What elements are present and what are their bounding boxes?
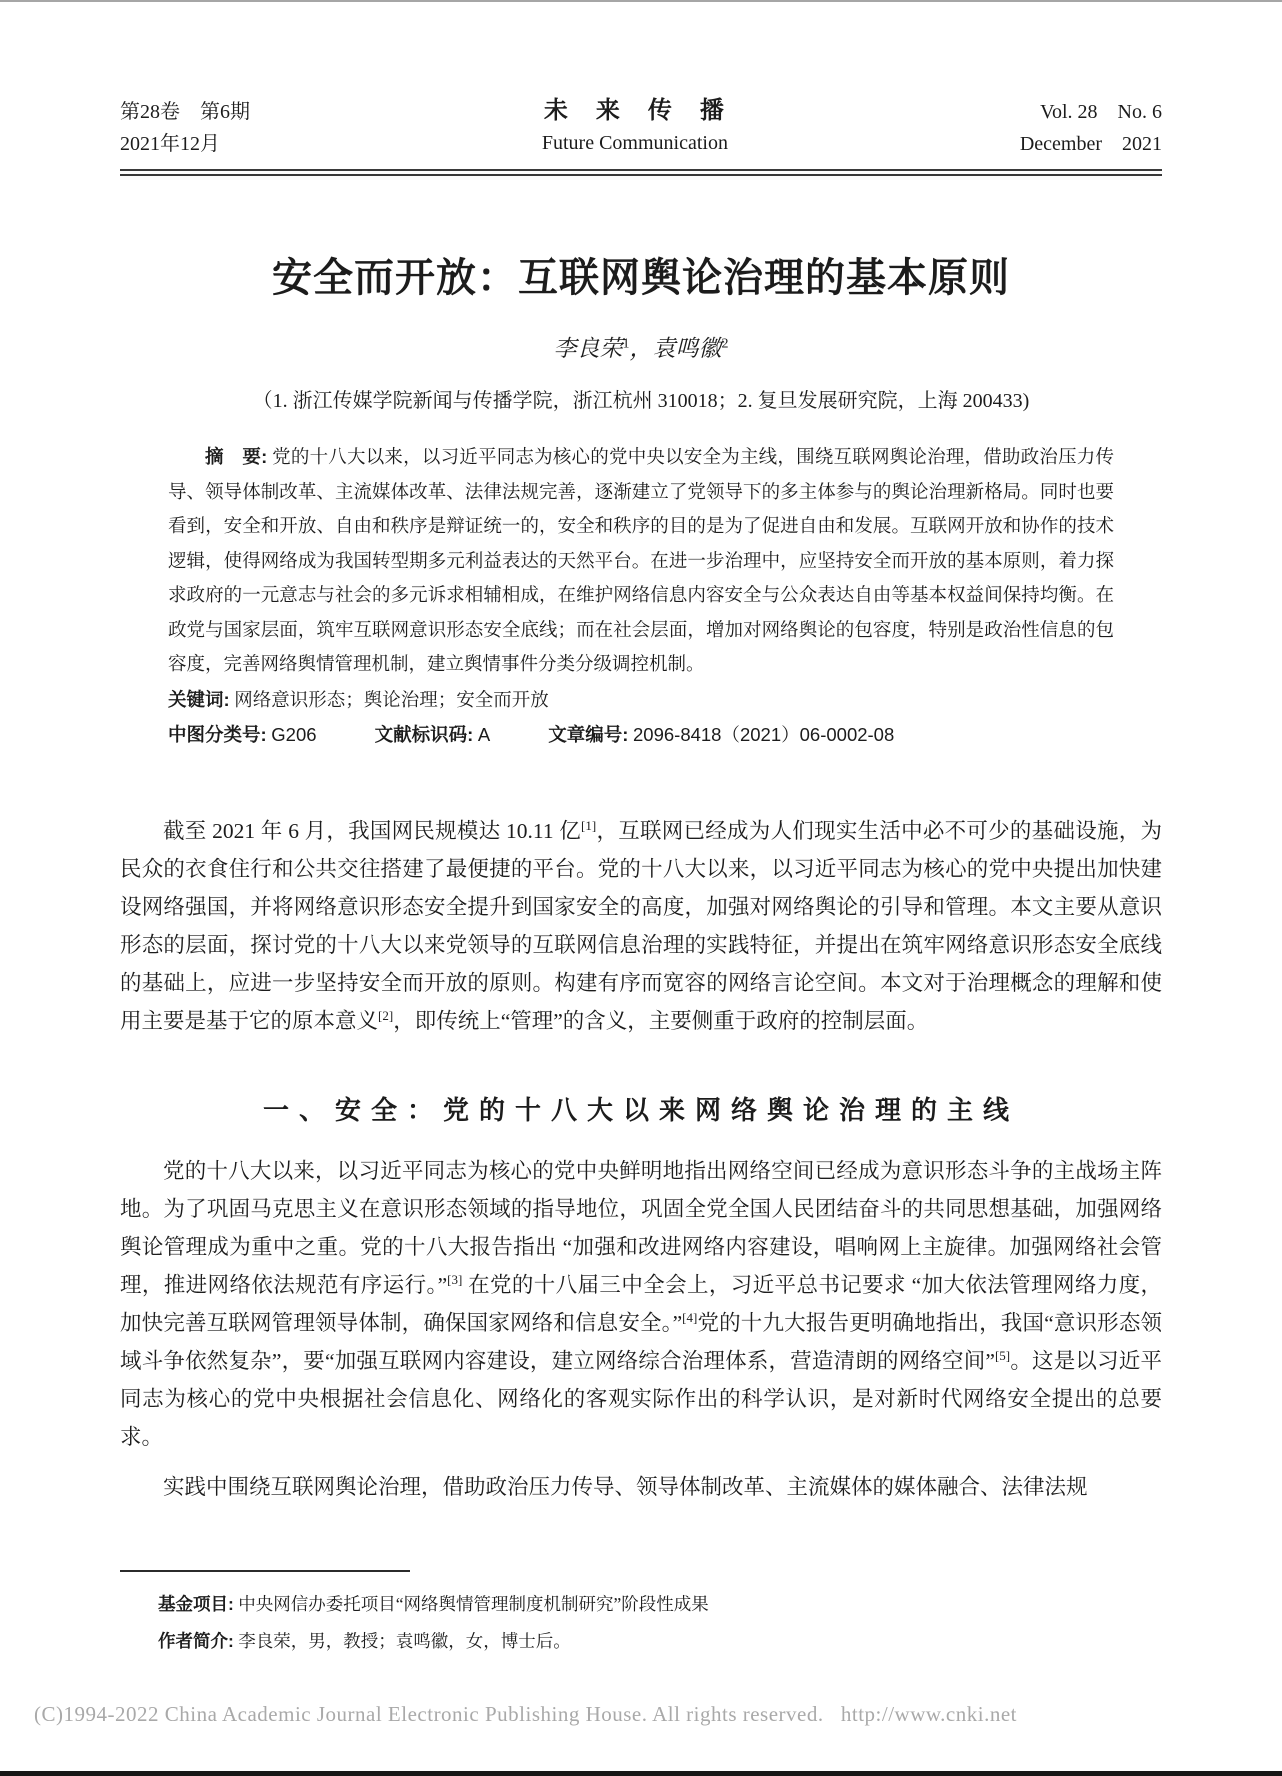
article-title: 安全而开放：互联网舆论治理的基本原则 — [0, 246, 1282, 303]
article-id-group: 文章编号: 2096-8418（2021）06-0002-08 — [548, 726, 894, 746]
keywords-row: 关键词: 网络意识形态；舆论治理；安全而开放 — [168, 683, 1114, 719]
abstract-text: 党的十八大以来，以习近平同志为核心的党中央以安全为主线，围绕互联网舆论治理，借助… — [168, 448, 1114, 675]
cnki-watermark: (C)1994-2022 China Academic Journal Elec… — [34, 1702, 1017, 1727]
abstract-label: 摘 要: — [205, 446, 267, 467]
publish-date-cn: 2021年12月 — [120, 128, 250, 160]
article-id-value: 2096-8418（2021）06-0002-08 — [633, 724, 894, 745]
author-bio-row: 作者简介: 李良荣，男，教授；袁鸣徽，女，博士后。 — [158, 1623, 1138, 1660]
clc-value: G206 — [271, 724, 316, 745]
volume-issue-cn: 第28卷 第6期 — [120, 96, 250, 128]
clc-label: 中图分类号: — [168, 724, 267, 745]
keywords-label: 关键词: — [168, 689, 230, 710]
author-bio-text: 李良荣，男，教授；袁鸣徽，女，博士后。 — [238, 1631, 571, 1651]
fund-project-text: 中央网信办委托项目“网络舆情管理制度机制研究”阶段性成果 — [238, 1594, 709, 1614]
header-divider — [120, 169, 1162, 176]
issue-info-cn: 第28卷 第6期 2021年12月 — [120, 96, 250, 160]
doc-code-value: A — [478, 724, 490, 745]
body-paragraph-2: 党的十八大以来，以习近平同志为核心的党中央鲜明地指出网络空间已经成为意识形态斗争… — [120, 1152, 1162, 1458]
abstract-block: 摘 要: 党的十八大以来，以习近平同志为核心的党中央以安全为主线，围绕互联网舆论… — [168, 440, 1114, 754]
volume-issue-en: Vol. 28 No. 6 — [1020, 96, 1162, 128]
body-paragraph-3: 实践中围绕互联网舆论治理，借助政治压力传导、领导体制改革、主流媒体的媒体融合、法… — [120, 1468, 1162, 1510]
journal-title-cn: 未 来 传 播 — [542, 96, 728, 126]
author-bio-label: 作者简介: — [158, 1631, 234, 1651]
clc-group: 中图分类号: G206 — [168, 726, 317, 746]
section-1-heading: 一、安全：党的十八大以来网络舆论治理的主线 — [0, 1090, 1282, 1127]
classification-row: 中图分类号: G206文献标识码: A文章编号: 2096-8418（2021）… — [168, 718, 1114, 754]
issue-info-en: Vol. 28 No. 6 December 2021 — [1020, 96, 1162, 160]
body-paragraph-1: 截至 2021 年 6 月，我国网民规模达 10.11 亿[1]，互联网已经成为… — [120, 812, 1162, 1080]
journal-title-en: Future Communication — [542, 126, 728, 160]
fund-project-row: 基金项目: 中央网信办委托项目“网络舆情管理制度机制研究”阶段性成果 — [158, 1586, 1138, 1623]
doc-code-group: 文献标识码: A — [375, 726, 491, 746]
footnote-divider — [120, 1570, 410, 1572]
journal-header: 第28卷 第6期 2021年12月 未 来 传 播 Future Communi… — [120, 96, 1162, 160]
journal-page: 第28卷 第6期 2021年12月 未 来 传 播 Future Communi… — [0, 0, 1282, 1776]
fund-project-label: 基金项目: — [158, 1594, 234, 1614]
page-top-border — [0, 0, 1282, 2]
doc-code-label: 文献标识码: — [375, 724, 474, 745]
keywords-text: 网络意识形态；舆论治理；安全而开放 — [234, 691, 549, 711]
affiliations: （1. 浙江传媒学院新闻与传播学院，浙江杭州 310018；2. 复旦发展研究院… — [0, 384, 1282, 413]
page-bottom-bar — [0, 1771, 1282, 1776]
article-id-label: 文章编号: — [548, 724, 628, 745]
publish-date-en: December 2021 — [1020, 128, 1162, 160]
journal-title-block: 未 来 传 播 Future Communication — [542, 96, 728, 160]
abstract-paragraph: 摘 要: 党的十八大以来，以习近平同志为核心的党中央以安全为主线，围绕互联网舆论… — [168, 440, 1114, 683]
author-list: 李良荣1，袁鸣徽2 — [0, 330, 1282, 363]
footnotes-block: 基金项目: 中央网信办委托项目“网络舆情管理制度机制研究”阶段性成果 作者简介:… — [158, 1586, 1138, 1660]
